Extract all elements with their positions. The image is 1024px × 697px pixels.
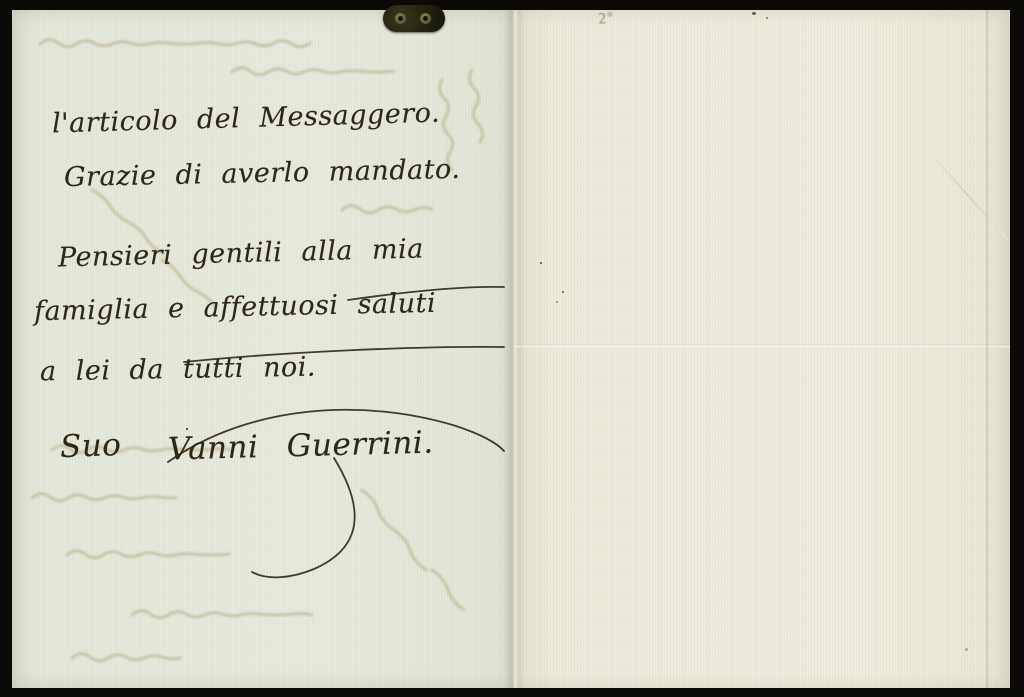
pencil-mark: 2°: [597, 10, 615, 28]
scanned-letter: l'articolo del Messaggero. Grazie di ave…: [0, 0, 1024, 697]
letter-closing: Suo: [59, 427, 122, 465]
metal-clasp: [383, 5, 445, 32]
letter-line-5: a lei da tutti noi.: [40, 352, 316, 388]
letter-page-right: [514, 10, 1010, 688]
clasp-eyelet-icon: [420, 13, 431, 24]
letter-signature: Vanni Guerrini.: [168, 425, 434, 468]
clasp-eyelet-icon: [395, 13, 406, 24]
